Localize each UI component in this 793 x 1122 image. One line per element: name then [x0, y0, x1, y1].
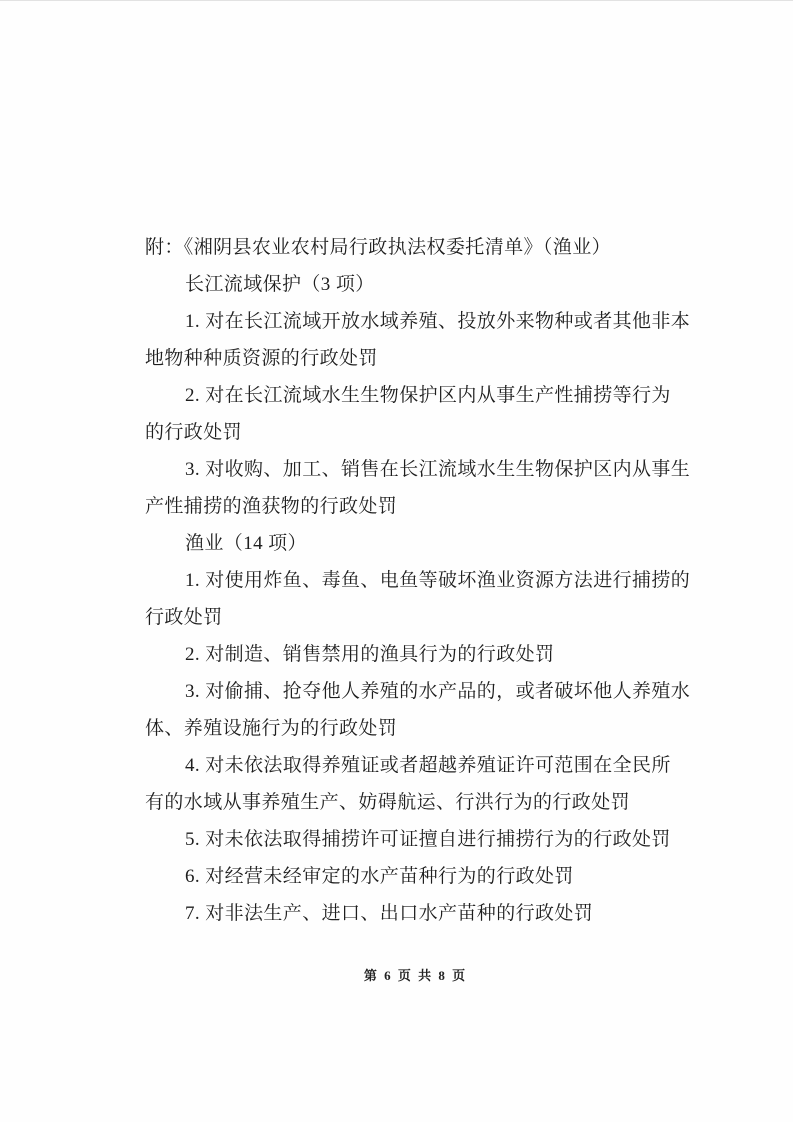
- fishery-item-3-line-1: 3. 对偷捕、抢夺他人养殖的水产品的，或者破坏他人养殖水: [145, 673, 681, 710]
- section-heading-yangtze: 长江流域保护（3 项）: [145, 266, 681, 303]
- fishery-item-6: 6. 对经营未经审定的水产苗种行为的行政处罚: [145, 858, 681, 895]
- fishery-item-1-line-1: 1. 对使用炸鱼、毒鱼、电鱼等破坏渔业资源方法进行捕捞的: [145, 562, 681, 599]
- document-page: 附：《湘阴县农业农村局行政执法权委托清单》（渔业） 长江流域保护（3 项） 1.…: [0, 0, 793, 1122]
- fishery-item-4-line-1: 4. 对未依法取得养殖证或者超越养殖证许可范围在全民所: [145, 747, 681, 784]
- page-number-footer: 第 6 页 共 8 页: [0, 965, 793, 984]
- yangtze-item-3-line-2: 产性捕捞的渔获物的行政处罚: [145, 488, 681, 525]
- fishery-item-5: 5. 对未依法取得捕捞许可证擅自进行捕捞行为的行政处罚: [145, 821, 681, 858]
- fishery-item-2: 2. 对制造、销售禁用的渔具行为的行政处罚: [145, 636, 681, 673]
- yangtze-item-2-line-2: 的行政处罚: [145, 414, 681, 451]
- yangtze-item-2-line-1: 2. 对在长江流域水生生物保护区内从事生产性捕捞等行为: [145, 377, 681, 414]
- fishery-item-7: 7. 对非法生产、进口、出口水产苗种的行政处罚: [145, 895, 681, 932]
- yangtze-item-1-line-2: 地物种种质资源的行政处罚: [145, 340, 681, 377]
- attachment-title: 附：《湘阴县农业农村局行政执法权委托清单》（渔业）: [145, 229, 681, 266]
- fishery-item-4-line-2: 有的水域从事养殖生产、妨碍航运、行洪行为的行政处罚: [145, 784, 681, 821]
- document-body: 附：《湘阴县农业农村局行政执法权委托清单》（渔业） 长江流域保护（3 项） 1.…: [145, 229, 681, 932]
- yangtze-item-3-line-1: 3. 对收购、加工、销售在长江流域水生生物保护区内从事生: [145, 451, 681, 488]
- yangtze-item-1-line-1: 1. 对在长江流域开放水域养殖、投放外来物种或者其他非本: [145, 303, 681, 340]
- fishery-item-3-line-2: 体、养殖设施行为的行政处罚: [145, 710, 681, 747]
- section-heading-fishery: 渔业（14 项）: [145, 525, 681, 562]
- fishery-item-1-line-2: 行政处罚: [145, 599, 681, 636]
